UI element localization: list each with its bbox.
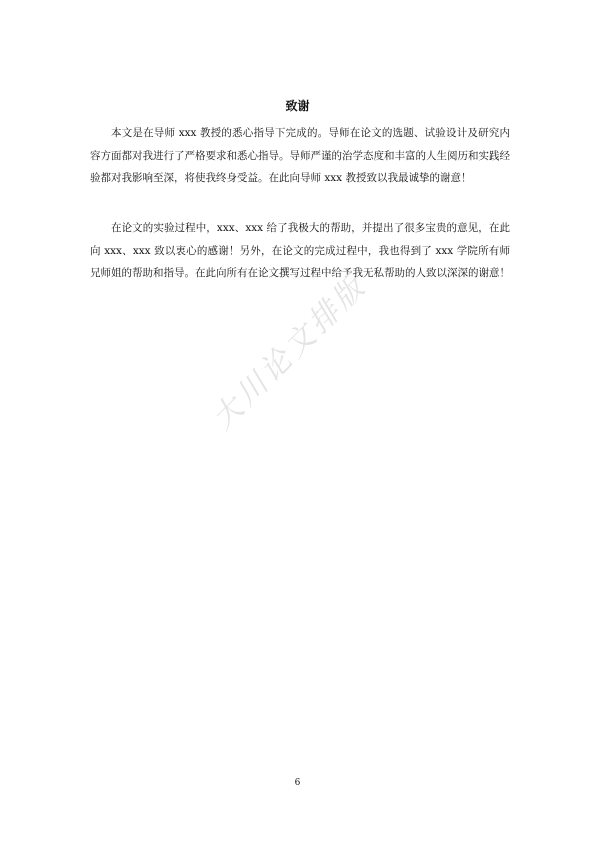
page-title: 致谢 bbox=[0, 97, 595, 114]
paragraph-2-container: 在论文的实验过程中，xxx、xxx 给了我极大的帮助，并提出了很多宝贵的意见，在… bbox=[90, 217, 510, 285]
document-page: 致谢 本文是在导师 xxx 教授的悉心指导下完成的。导师在论文的选题、试验设计及… bbox=[0, 0, 595, 842]
watermark: 大川论文排版 bbox=[199, 262, 374, 437]
paragraph-1: 本文是在导师 xxx 教授的悉心指导下完成的。导师在论文的选题、试验设计及研究内… bbox=[90, 122, 510, 190]
page-number: 6 bbox=[0, 778, 595, 788]
paragraph-2: 在论文的实验过程中，xxx、xxx 给了我极大的帮助，并提出了很多宝贵的意见，在… bbox=[90, 217, 510, 285]
paragraph-1-container: 本文是在导师 xxx 教授的悉心指导下完成的。导师在论文的选题、试验设计及研究内… bbox=[90, 122, 510, 190]
